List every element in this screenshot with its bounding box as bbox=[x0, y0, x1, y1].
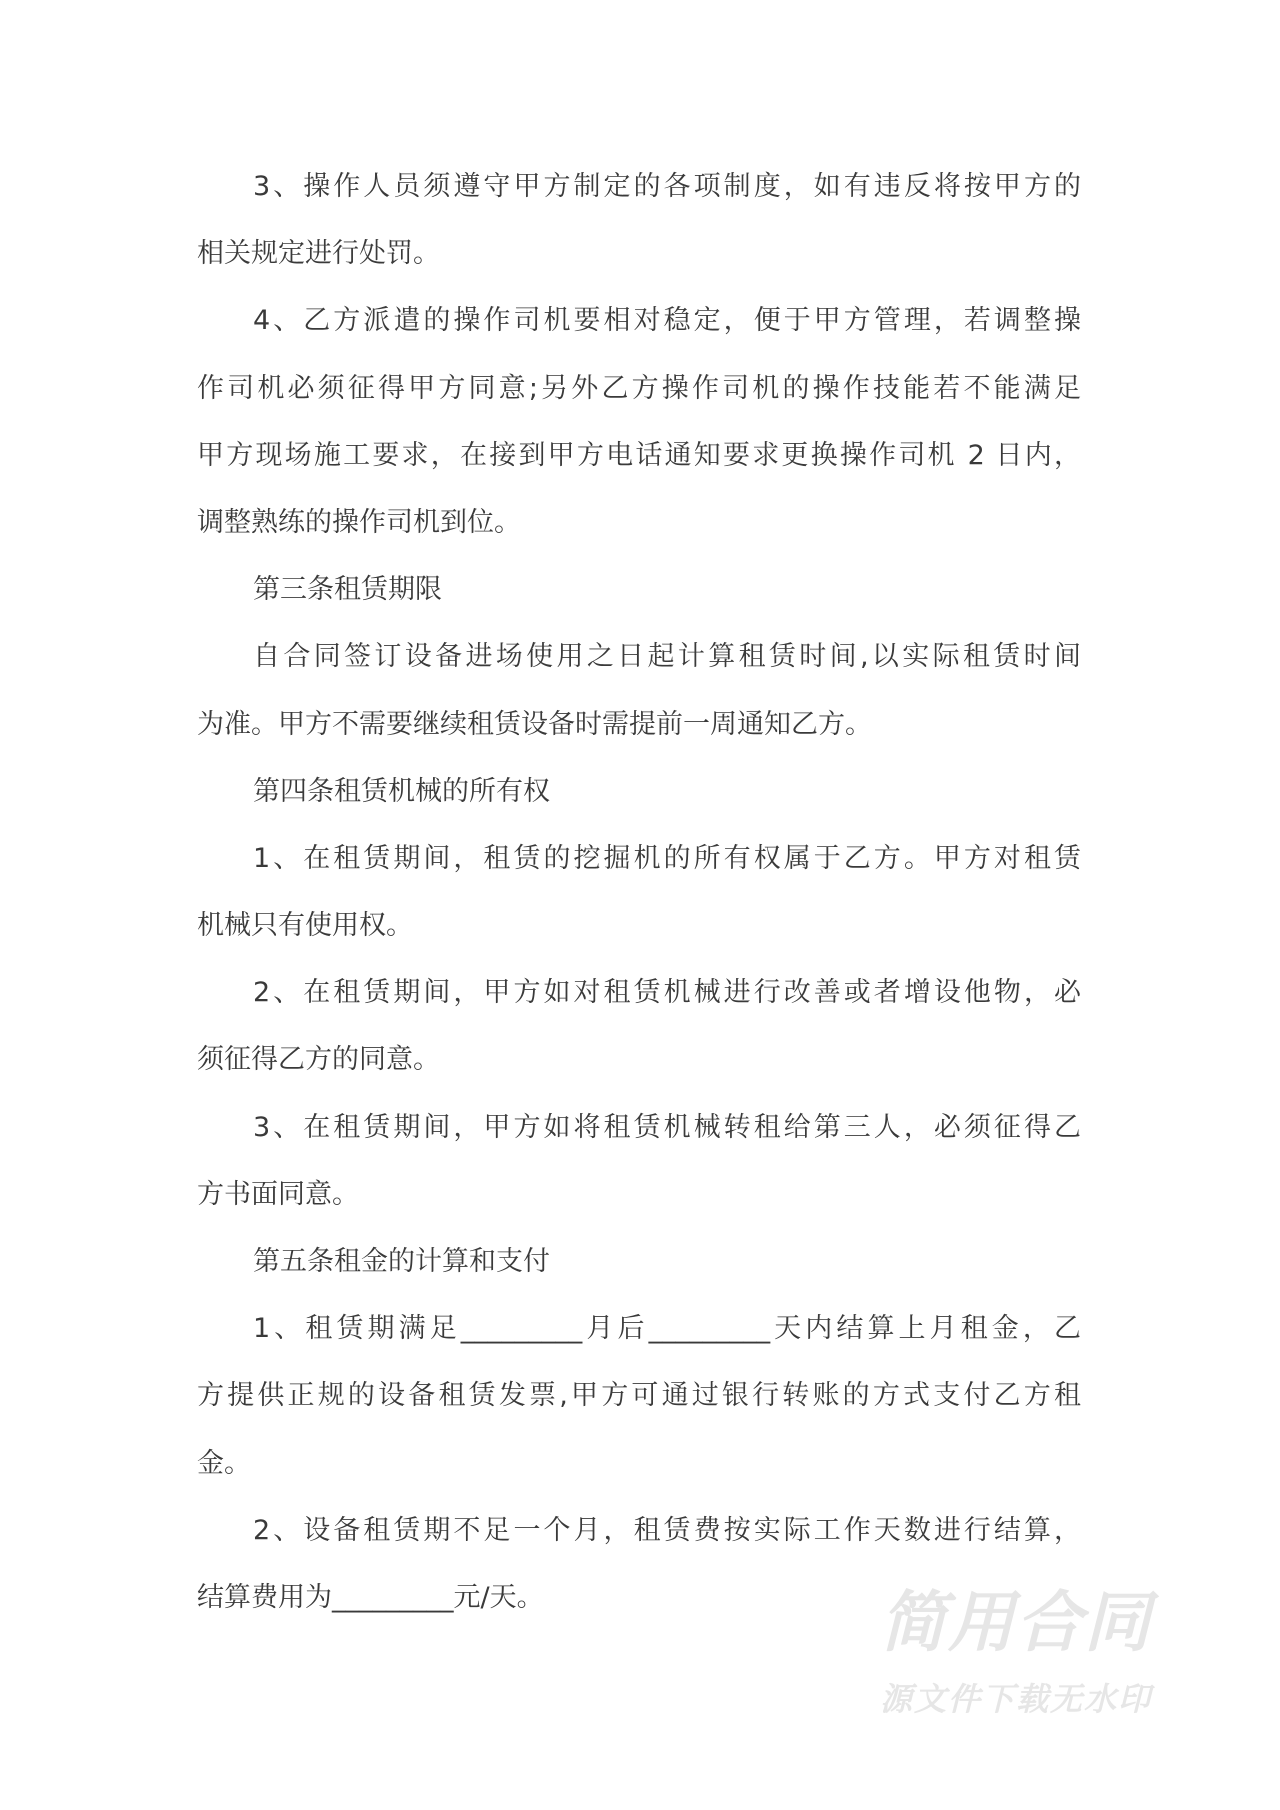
text-line: 结算费用为_________元/天。 bbox=[197, 1564, 1081, 1631]
text-line: 3、操作人员须遵守甲方制定的各项制度，如有违反将按甲方的 bbox=[197, 153, 1081, 220]
text-line: 自合同签订设备进场使用之日起计算租赁时间,以实际租赁时间 bbox=[197, 623, 1081, 690]
text-line: 2、在租赁期间，甲方如对租赁机械进行改善或者增设他物，必 bbox=[197, 959, 1081, 1026]
clause-5-item-1: 1、租赁期满足_________月后_________天内结算上月租金，乙 方提… bbox=[197, 1295, 1081, 1497]
clause-5-heading: 第五条租金的计算和支付 bbox=[197, 1228, 1081, 1295]
text-line: 相关规定进行处罚。 bbox=[197, 220, 1081, 287]
text-line: 金。 bbox=[197, 1430, 1081, 1497]
clause-3-body: 自合同签订设备进场使用之日起计算租赁时间,以实际租赁时间 为准。甲方不需要继续租… bbox=[197, 623, 1081, 757]
watermark-subtitle: 源文件下载无水印 bbox=[880, 1675, 1180, 1723]
clause-3-heading: 第三条租赁期限 bbox=[197, 556, 1081, 623]
text-line: 3、在租赁期间，甲方如将租赁机械转租给第三人，必须征得乙 bbox=[197, 1094, 1081, 1161]
text-line: 甲方现场施工要求，在接到甲方电话通知要求更换操作司机 2 日内， bbox=[197, 422, 1081, 489]
clause-2-item-3: 3、操作人员须遵守甲方制定的各项制度，如有违反将按甲方的 相关规定进行处罚。 bbox=[197, 153, 1081, 287]
clause-4-item-3: 3、在租赁期间，甲方如将租赁机械转租给第三人，必须征得乙 方书面同意。 bbox=[197, 1094, 1081, 1228]
text-line: 为准。甲方不需要继续租赁设备时需提前一周通知乙方。 bbox=[197, 691, 1081, 758]
section-heading: 第三条租赁期限 bbox=[197, 556, 1081, 623]
text-line: 2、设备租赁期不足一个月，租赁费按实际工作天数进行结算， bbox=[197, 1497, 1081, 1564]
text-line: 4、乙方派遣的操作司机要相对稳定，便于甲方管理，若调整操 bbox=[197, 287, 1081, 354]
text-line: 须征得乙方的同意。 bbox=[197, 1026, 1081, 1093]
text-line: 1、在租赁期间，租赁的挖掘机的所有权属于乙方。甲方对租赁 bbox=[197, 825, 1081, 892]
clause-4-item-2: 2、在租赁期间，甲方如对租赁机械进行改善或者增设他物，必 须征得乙方的同意。 bbox=[197, 959, 1081, 1093]
text-line: 调整熟练的操作司机到位。 bbox=[197, 489, 1081, 556]
text-line: 方提供正规的设备租赁发票,甲方可通过银行转账的方式支付乙方租 bbox=[197, 1362, 1081, 1429]
document-page: 3、操作人员须遵守甲方制定的各项制度，如有违反将按甲方的 相关规定进行处罚。 4… bbox=[0, 0, 1280, 1810]
text-line: 方书面同意。 bbox=[197, 1161, 1081, 1228]
text-line: 1、租赁期满足_________月后_________天内结算上月租金，乙 bbox=[197, 1295, 1081, 1362]
section-heading: 第五条租金的计算和支付 bbox=[197, 1228, 1081, 1295]
clause-4-heading: 第四条租赁机械的所有权 bbox=[197, 758, 1081, 825]
document-body: 3、操作人员须遵守甲方制定的各项制度，如有违反将按甲方的 相关规定进行处罚。 4… bbox=[197, 153, 1081, 1631]
section-heading: 第四条租赁机械的所有权 bbox=[197, 758, 1081, 825]
clause-2-item-4: 4、乙方派遣的操作司机要相对稳定，便于甲方管理，若调整操 作司机必须征得甲方同意… bbox=[197, 287, 1081, 556]
clause-5-item-2: 2、设备租赁期不足一个月，租赁费按实际工作天数进行结算， 结算费用为______… bbox=[197, 1497, 1081, 1631]
clause-4-item-1: 1、在租赁期间，租赁的挖掘机的所有权属于乙方。甲方对租赁 机械只有使用权。 bbox=[197, 825, 1081, 959]
text-line: 作司机必须征得甲方同意;另外乙方操作司机的操作技能若不能满足 bbox=[197, 355, 1081, 422]
text-line: 机械只有使用权。 bbox=[197, 892, 1081, 959]
